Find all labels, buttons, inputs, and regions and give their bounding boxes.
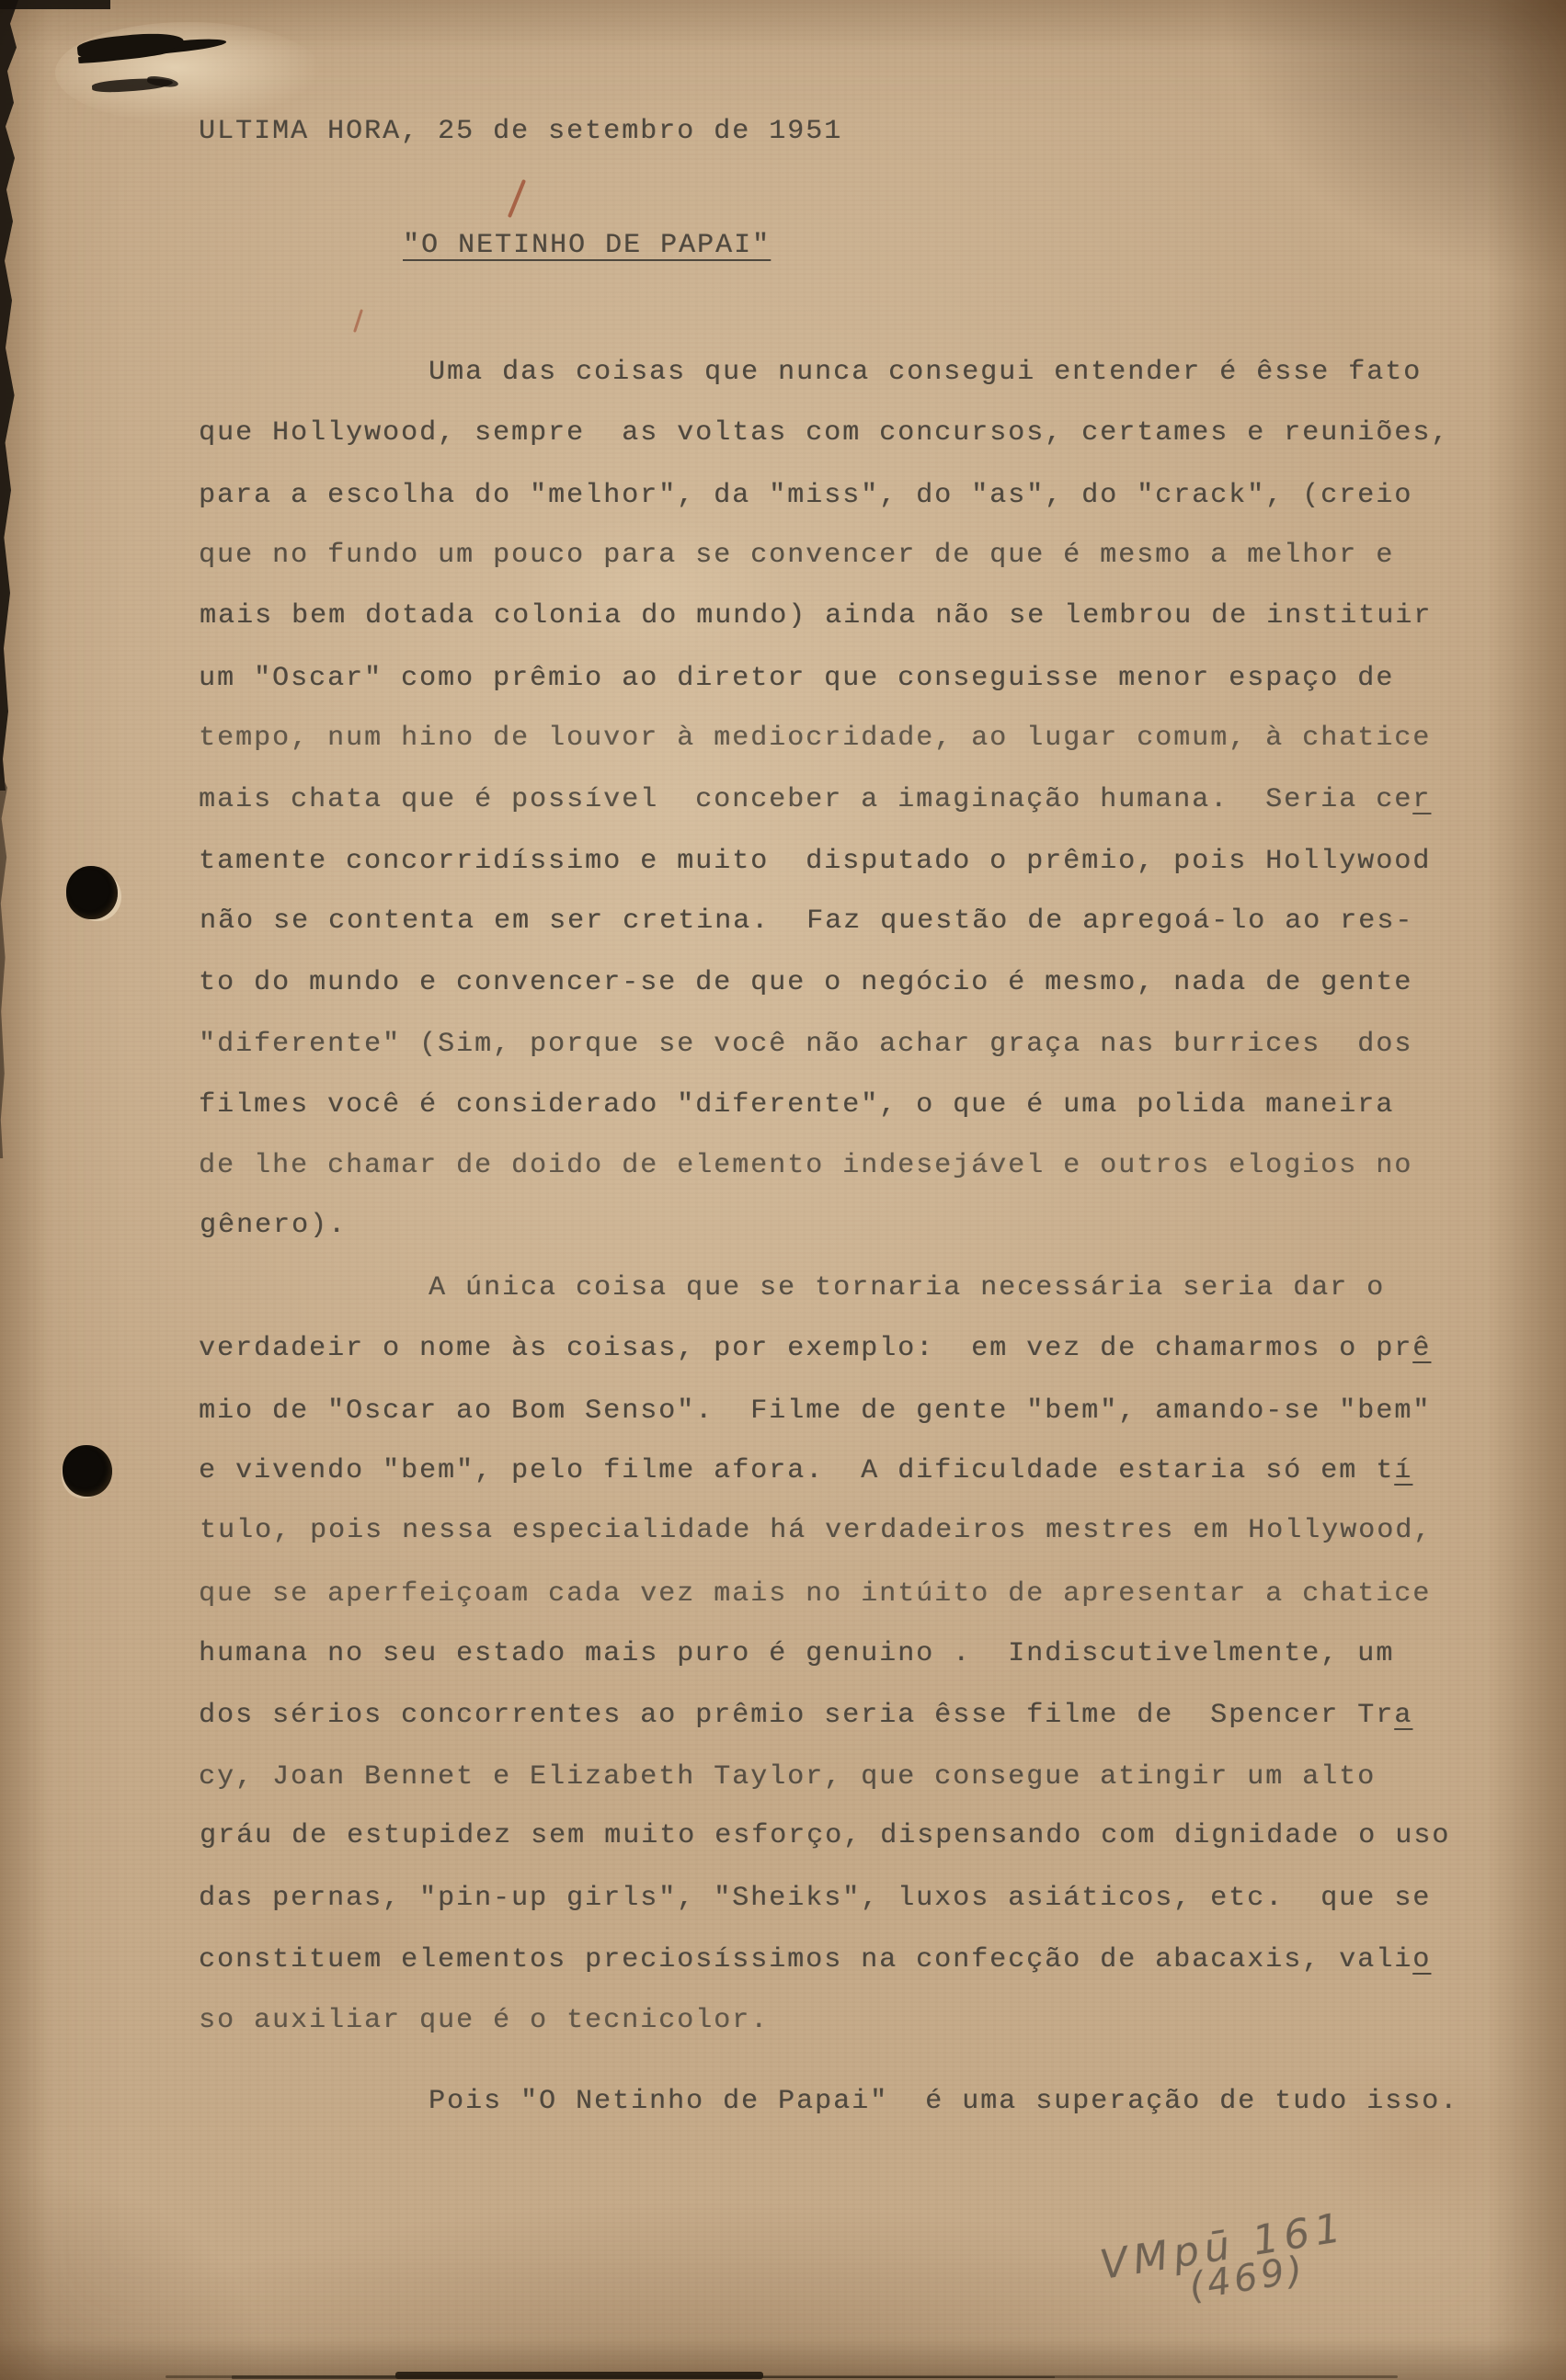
text-line: constituem elementos preciosíssimos na c… — [199, 1930, 1486, 1990]
scan-bottom-shadow — [395, 2372, 763, 2379]
text-line: Pois "O Netinho de Papai" é uma superaçã… — [199, 2071, 1486, 2132]
pen-mark — [508, 179, 526, 218]
text-line: que no fundo um pouco para se convencer … — [199, 525, 1486, 586]
pen-mark — [353, 309, 363, 333]
text-line: e vivendo "bem", pelo filme afora. A dif… — [199, 1441, 1486, 1501]
scanned-document-page: ULTIMA HORA, 25 de setembro de 1951 "O N… — [0, 0, 1566, 2380]
text-line: para a escolha do "melhor", da "miss", d… — [199, 465, 1486, 526]
text-line: um "Oscar" como prêmio ao diretor que co… — [199, 648, 1486, 709]
text-line: gráu de estupidez sem muito esforço, dis… — [200, 1805, 1487, 1866]
document-title: "O NETINHO DE PAPAI" — [403, 230, 771, 261]
text-line: so auxiliar que é o tecnicolor. — [199, 1990, 1486, 2051]
typed-body: Uma das coisas que nunca consegui entend… — [199, 342, 1486, 2132]
text-line: cy, Joan Bennet e Elizabeth Taylor, que … — [199, 1747, 1486, 1807]
text-line: que se aperfeiçoam cada vez mais no intú… — [199, 1564, 1486, 1624]
punch-hole — [63, 1445, 112, 1497]
text-line: Uma das coisas que nunca consegui entend… — [199, 342, 1486, 403]
text-line: gênero). — [200, 1195, 1487, 1256]
text-line: "diferente" (Sim, porque se você não ach… — [199, 1014, 1486, 1075]
text-line: dos sérios concorrentes ao prêmio seria … — [199, 1685, 1486, 1746]
text-line: A única coisa que se tornaria necessária… — [199, 1258, 1486, 1318]
text-line: tamente concorridíssimo e muito disputad… — [199, 831, 1486, 892]
text-line: tempo, num hino de louvor à mediocridade… — [199, 708, 1486, 769]
text-line: filmes você é considerado "diferente", o… — [199, 1075, 1486, 1135]
text-line: mais chata que é possível conceber a ima… — [199, 769, 1486, 830]
document-header: ULTIMA HORA, 25 de setembro de 1951 — [199, 116, 842, 147]
text-line: de lhe chamar de doido de elemento indes… — [199, 1135, 1486, 1196]
text-line: humana no seu estado mais puro é genuino… — [199, 1623, 1486, 1684]
text-line: tulo, pois nessa especialidade há verdad… — [200, 1500, 1487, 1561]
text-line: não se contenta em ser cretina. Faz ques… — [200, 891, 1487, 951]
text-line: mio de "Oscar ao Bom Senso". Filme de ge… — [199, 1381, 1486, 1441]
paper-tear-patch — [55, 22, 322, 123]
handwritten-note: VMpū 161 (469) — [1097, 2203, 1355, 2321]
torn-left-edge — [0, 0, 18, 791]
punch-hole — [66, 866, 118, 919]
torn-left-edge-lower — [0, 772, 7, 1158]
top-edge-mark — [0, 0, 110, 9]
text-line: mais bem dotada colonia do mundo) ainda … — [200, 586, 1487, 646]
text-line: das pernas, "pin-up girls", "Sheiks", lu… — [199, 1868, 1486, 1929]
text-line: to do mundo e convencer-se de que o negó… — [199, 952, 1486, 1013]
scan-bottom-edge — [166, 2375, 1398, 2378]
text-line: verdadeir o nome às coisas, por exemplo:… — [199, 1318, 1486, 1379]
text-line: que Hollywood, sempre as voltas com conc… — [199, 403, 1486, 463]
